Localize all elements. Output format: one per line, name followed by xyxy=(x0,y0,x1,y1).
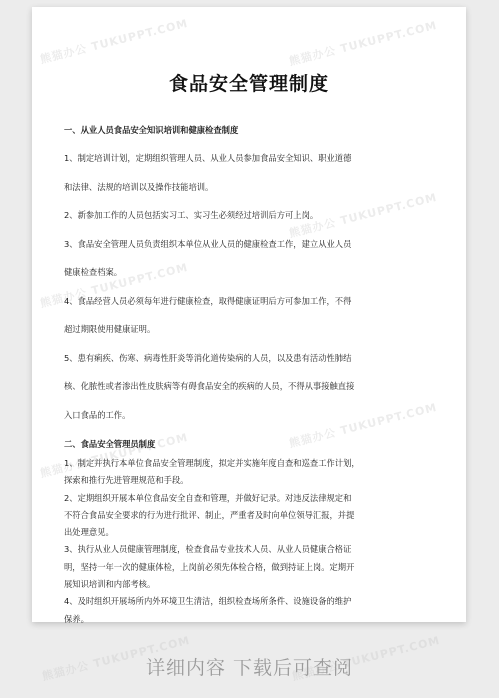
paragraph-line: 出处理意见。 xyxy=(64,524,404,541)
paragraph-line: 1、制定培训计划，定期组织管理人员、从业人员参加食品安全知识、职业道德 xyxy=(64,144,404,173)
paragraph-line: 入口食品的工作。 xyxy=(64,401,404,430)
watermark: 熊猫办公 TUKUPPT.COM xyxy=(38,15,189,67)
paragraph-line: 1、制定并执行本单位食品安全管理制度，拟定并实施年度自查和巡查工作计划， xyxy=(64,455,404,472)
paragraph-line: 5、患有痢疾、伤寒、病毒性肝炎等消化道传染病的人员，以及患有活动性肺结 xyxy=(64,344,404,373)
paragraph-line: 4、及时组织开展场所内外环境卫生清洁，组织检查场所条件、设施设备的维护 xyxy=(64,593,404,610)
section-2: 二、食品安全管理员制度 1、制定并执行本单位食品安全管理制度，拟定并实施年度自查… xyxy=(64,433,404,628)
paragraph-line: 3、执行从业人员健康管理制度，检查食品专业技术人员、从业人员健康合格证 xyxy=(64,541,404,558)
watermark: 熊猫办公 TUKUPPT.COM xyxy=(287,17,438,69)
section-heading: 二、食品安全管理员制度 xyxy=(64,433,404,455)
paragraph-line: 健康检查档案。 xyxy=(64,258,404,287)
document-body: 一、从业人员食品安全知识培训和健康检查制度 1、制定培训计划，定期组织管理人员、… xyxy=(64,122,404,628)
paragraph-line: 保养。 xyxy=(64,611,404,628)
paragraph-line: 4、食品经营人员必须每年进行健康检查，取得健康证明后方可参加工作，不得 xyxy=(64,287,404,316)
download-hint: 详细内容 下载后可查阅 xyxy=(0,653,499,680)
paragraph-line: 2、新参加工作的人员包括实习工、实习生必须经过培训后方可上岗。 xyxy=(64,201,404,230)
paragraph-line: 2、定期组织开展本单位食品安全自查和管理，并做好记录。对违反法律规定和 xyxy=(64,490,404,507)
paragraph-line: 和法律、法规的培训以及操作技能培训。 xyxy=(64,173,404,202)
paragraph-line: 明，坚持一年一次的健康体检，上岗前必须先体检合格，做到持证上岗。定期开 xyxy=(64,559,404,576)
paragraph-line: 3、食品安全管理人员负责组织本单位从业人员的健康检查工作，建立从业人员 xyxy=(64,230,404,259)
paragraph-line: 展知识培训和内部考核。 xyxy=(64,576,404,593)
section-1: 一、从业人员食品安全知识培训和健康检查制度 1、制定培训计划，定期组织管理人员、… xyxy=(64,122,404,429)
section-heading: 一、从业人员食品安全知识培训和健康检查制度 xyxy=(64,122,404,138)
paragraph-line: 核、化脓性或者渗出性皮肤病等有碍食品安全的疾病的人员，不得从事接触直接 xyxy=(64,372,404,401)
document-title: 食品安全管理制度 xyxy=(32,69,466,96)
paragraph-line: 不符合食品安全要求的行为进行批评、制止，严重者及时向单位领导汇报，并提 xyxy=(64,507,404,524)
paragraph-line: 探索和推行先进管理规范和手段。 xyxy=(64,472,404,489)
paragraph-line: 超过期限使用健康证明。 xyxy=(64,315,404,344)
